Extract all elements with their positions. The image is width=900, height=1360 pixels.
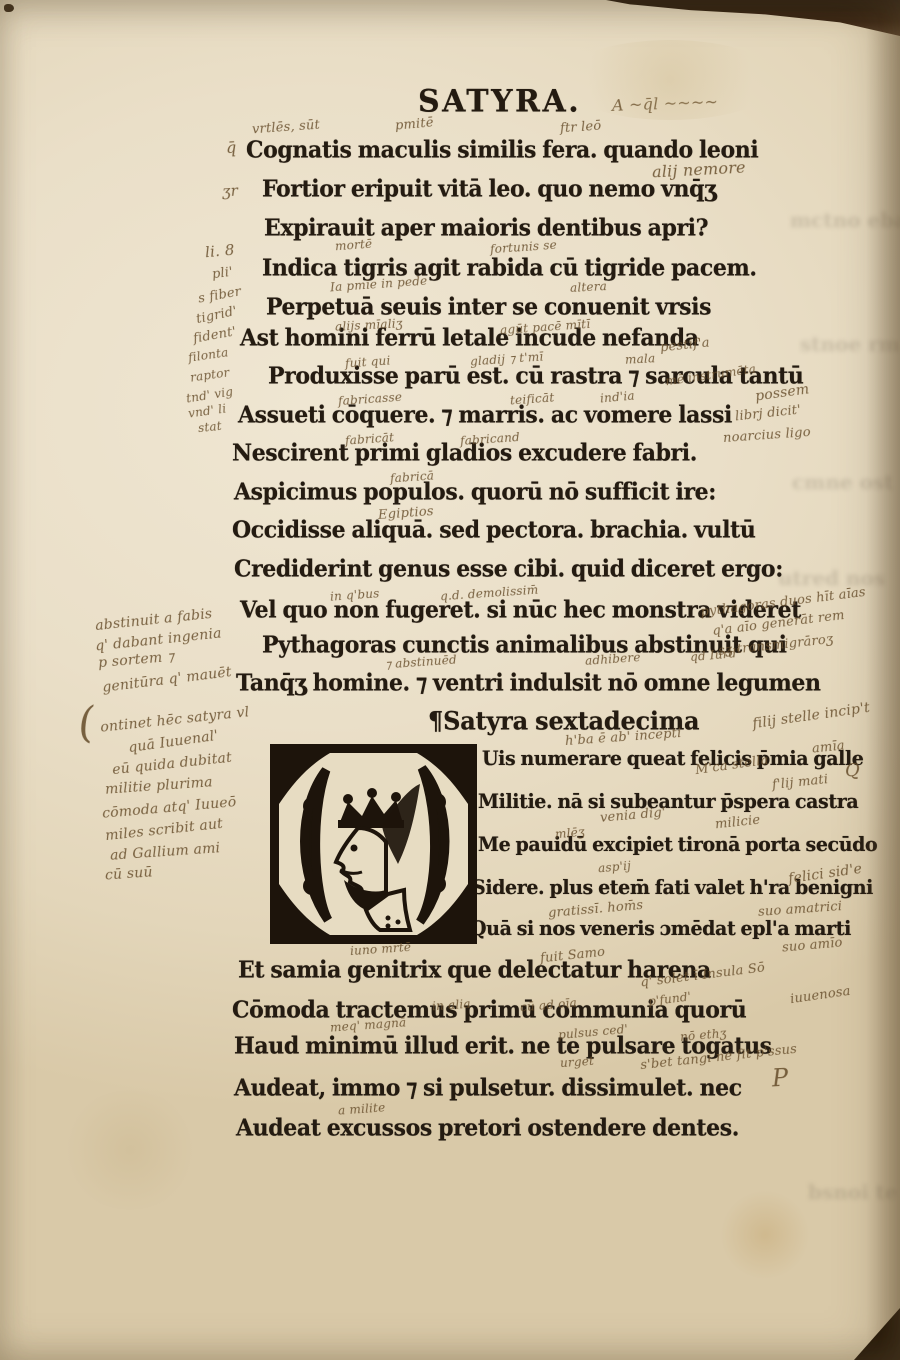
handwritten-annotation: altera	[570, 279, 608, 295]
handwritten-annotation: alij nemore	[652, 158, 747, 182]
handwritten-annotation: milicie	[714, 813, 761, 833]
handwritten-annotation: ʒr	[221, 181, 238, 200]
handwritten-annotation: ontinet hēc satyra vl	[100, 704, 251, 736]
handwritten-annotation: urget	[560, 1054, 595, 1070]
handwritten-annotation: raptor	[189, 365, 230, 384]
handwritten-annotation: fident'	[192, 324, 238, 346]
verse-line: Occidisse aliquā. sed pectora. brachia. …	[232, 516, 755, 543]
verse-line: Aspicimus populos. quorū nō sufficit ire…	[234, 478, 716, 505]
handwritten-annotation: vrtlēs, sūt	[252, 118, 321, 138]
handwritten-annotation: ad Gallium ami	[110, 840, 221, 864]
verse-line: Uis numerare queat felicis p̄mia galle	[482, 748, 864, 771]
handwritten-annotation: s fiber	[197, 284, 242, 306]
handwritten-annotation: asp'ij	[597, 859, 631, 876]
verse-line: Ast homini ferrū letale incude nefanda	[240, 324, 699, 351]
verse-line: Expirauit aper maioris dentibus apri?	[264, 214, 708, 241]
handwritten-annotation: militie plurima	[105, 774, 214, 797]
handwritten-annotation: ftr leō	[560, 119, 602, 137]
handwritten-annotation: li. 8	[204, 241, 235, 262]
verse-line: Fortior eripuit vitā leo. quo nemo vnq̄ʒ	[262, 175, 716, 202]
book-page-photo: mctno ebatstnoe rmcmne ostutred nosbsnoi…	[0, 0, 900, 1360]
verse-line: Tanq̄ʒ homine. ⁊ ventri indulsit nō omne…	[236, 669, 821, 696]
verse-line: Quā si nos veneris ɔmēdat epl'a marti	[470, 918, 851, 941]
handwritten-annotation: librj dicit'	[734, 403, 801, 425]
paper-stain	[720, 1190, 810, 1280]
binding-edge-top-right	[600, 0, 900, 36]
handwritten-annotation: tigrid'	[195, 304, 239, 327]
verse-line: Crediderint genus esse cibi. quid dicere…	[234, 555, 783, 582]
verse-line: Me pauidū excipiet tironā porta secūdo	[478, 834, 877, 857]
handwritten-annotation: q̄d Iurd'	[689, 646, 740, 664]
paper-stain	[560, 40, 780, 120]
handwritten-annotation: tnd' vig	[185, 384, 234, 405]
verse-line: Indica tigris agit rabida cū tigride pac…	[262, 254, 757, 281]
page-edge-shadow	[866, 0, 900, 1360]
handwritten-annotation: cū suū	[105, 864, 154, 883]
handwritten-annotation: mortē	[335, 237, 373, 254]
handwritten-annotation: mala	[625, 351, 656, 367]
handwritten-annotation: Q	[845, 760, 861, 782]
handwritten-annotation: filonta	[187, 345, 229, 364]
verse-line: Militie. nā si subeantur p̄spera castra	[478, 791, 858, 814]
verse-line: Audeat, immo ⁊ si pulsetur. dissimulet. …	[234, 1074, 742, 1101]
handwritten-annotation: P	[771, 1064, 789, 1093]
verse-line: Audeat excussos pretori ostendere dentes…	[236, 1114, 739, 1141]
handwritten-annotation: in alia	[432, 997, 472, 1014]
verse-line: Assueti cōquere. ⁊ marris. ac vomere las…	[238, 401, 732, 428]
handwritten-annotation: q̄	[226, 138, 237, 158]
handwritten-annotation: iuno mrtē	[350, 940, 412, 958]
verse-line: Cognatis maculis similis fera. quando le…	[246, 136, 758, 163]
handwritten-annotation: pli'	[211, 265, 234, 283]
paper-stain	[60, 1090, 200, 1210]
ink-speck	[4, 4, 14, 12]
handwritten-annotation: adhibere	[585, 650, 641, 668]
handwritten-annotation: pmitē	[394, 115, 434, 133]
handwritten-annotation: noarcius ligo	[723, 425, 812, 446]
verse-line: Perpetuā seuis inter se conuenit vrsis	[266, 293, 711, 320]
page-title: SATYRA.	[418, 83, 581, 119]
handwritten-annotation: filij stelle incip't	[751, 700, 871, 732]
woodcut-initial-icon	[270, 744, 477, 944]
handwritten-annotation: iuuenosa	[789, 984, 851, 1007]
handwritten-annotation: mlēʒ	[554, 825, 585, 842]
handwritten-annotation: (	[76, 697, 97, 747]
handwritten-annotation: stat	[197, 419, 222, 435]
